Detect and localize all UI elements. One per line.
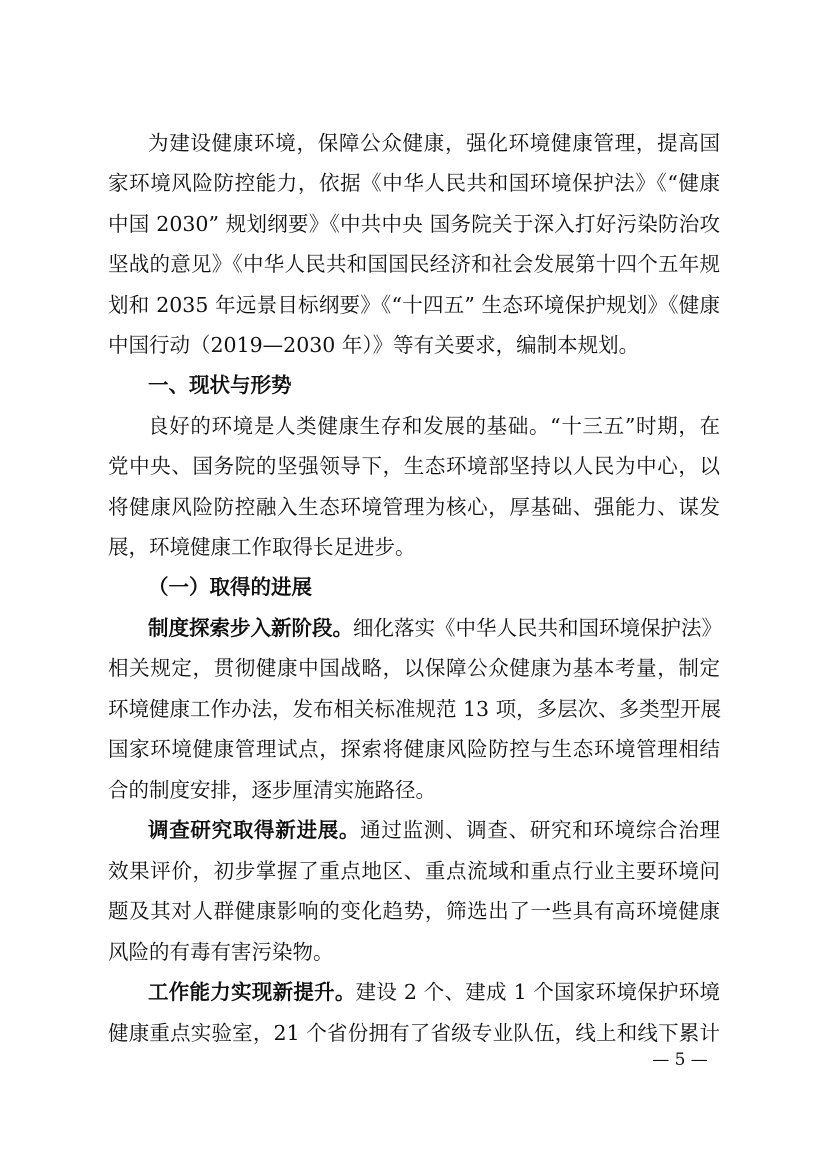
subsection-heading: （一）取得的进展: [148, 572, 720, 602]
progress-item-1-line-5: 合的制度安排，逐步厘清实施路径。: [108, 775, 720, 805]
progress-item-2-title: 调查研究取得新进展。: [148, 818, 360, 842]
progress-item-2-text: 通过监测、调查、研究和环境综合治理: [360, 818, 720, 842]
progress-item-3-first-line: 工作能力实现新提升。建设 2 个、建成 1 个国家环境保护环境: [148, 977, 720, 1007]
situation-line-3: 将健康风险防控融入生态环境管理为核心，厚基础、强能力、谋发: [108, 492, 720, 522]
situation-line-4: 展，环境健康工作取得长足进步。: [108, 532, 720, 562]
page-number: — 5 —: [640, 1048, 720, 1072]
progress-item-3-line-2: 健康重点实验室，21 个省份拥有了省级专业队伍，线上和线下累计: [108, 1018, 720, 1048]
progress-item-1-line-3: 环境健康工作办法，发布相关标准规范 13 项，多层次、多类型开展: [108, 694, 720, 724]
progress-item-2-line-4: 风险的有毒有害污染物。: [108, 937, 720, 967]
intro-line-2: 家环境风险防控能力，依据《中华人民共和国环境保护法》《“健康: [108, 168, 720, 198]
document-page: 为建设健康环境，保障公众健康，强化环境健康管理，提高国 家环境风险防控能力，依据…: [0, 0, 826, 1169]
progress-item-1-text: 细化落实《中华人民共和国环境保护法》: [353, 616, 722, 640]
intro-line-6: 中国行动（2019—2030 年）》等有关要求，编制本规划。: [108, 330, 720, 360]
intro-line-4: 坚战的意见》《中华人民共和国国民经济和社会发展第十四个五年规: [108, 249, 720, 279]
progress-item-1-line-4: 国家环境健康管理试点，探索将健康风险防控与生态环境管理相结: [108, 734, 720, 764]
intro-line-5: 划和 2035 年远景目标纲要》《“十四五” 生态环境保护规划》《健康: [108, 290, 720, 320]
progress-item-2-line-3: 题及其对人群健康影响的变化趋势，筛选出了一些具有高环境健康: [108, 896, 720, 926]
progress-item-3-text: 建设 2 个、建成 1 个国家环境保护环境: [356, 980, 720, 1004]
progress-item-1-title: 制度探索步入新阶段。: [148, 616, 353, 640]
progress-item-2-first-line: 调查研究取得新进展。通过监测、调查、研究和环境综合治理: [148, 815, 720, 845]
intro-line-1: 为建设健康环境，保障公众健康，强化环境健康管理，提高国: [148, 128, 720, 158]
progress-item-1-line-2: 相关规定，贯彻健康中国战略，以保障公众健康为基本考量，制定: [108, 653, 720, 683]
progress-item-1-first-line: 制度探索步入新阶段。细化落实《中华人民共和国环境保护法》: [148, 613, 720, 643]
progress-item-2-line-2: 效果评价，初步掌握了重点地区、重点流域和重点行业主要环境问: [108, 856, 720, 886]
section-heading: 一、现状与形势: [148, 370, 720, 400]
intro-line-3: 中国 2030” 规划纲要》《中共中央 国务院关于深入打好污染防治攻: [108, 209, 720, 239]
situation-line-2: 党中央、国务院的坚强领导下，生态环境部坚持以人民为中心，以: [108, 451, 720, 481]
progress-item-3-title: 工作能力实现新提升。: [148, 980, 356, 1004]
situation-line-1: 良好的环境是人类健康生存和发展的基础。“十三五”时期，在: [148, 411, 720, 441]
